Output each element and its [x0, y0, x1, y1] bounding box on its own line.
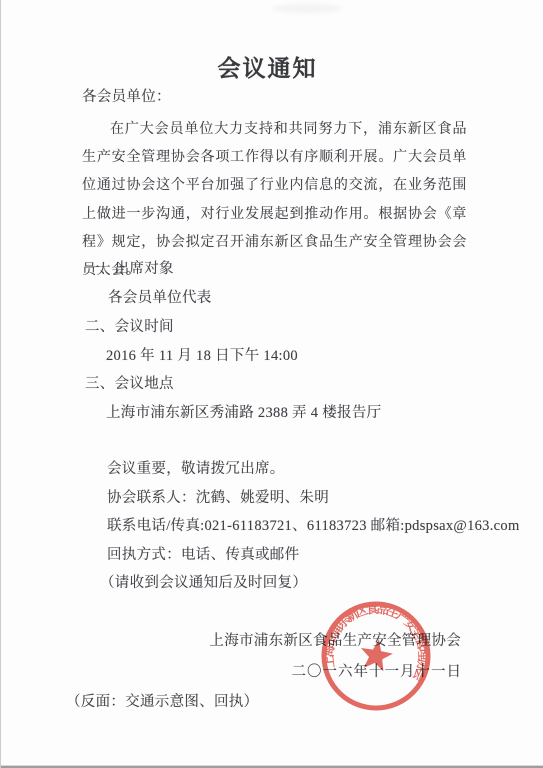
note-reply-method: 回执方式：电话、传真或邮件	[107, 543, 299, 564]
section-3-heading: 三、会议地点	[85, 372, 174, 393]
section-3-content: 上海市浦东新区秀浦路 2388 弄 4 楼报告厅	[106, 401, 381, 422]
seal-star-icon	[358, 636, 395, 672]
seal-arc-text: 上海市浦东新区食品生产安全管理协会	[318, 596, 436, 687]
scanned-meeting-notice-page: 会议通知 各会员单位： 在广大会员单位大力支持和共同努力下，浦东新区食品生产安全…	[0, 0, 543, 768]
note-phone-email: 联系电话/传真:021-61183721、61183723 邮箱:pdspsax…	[107, 514, 520, 535]
section-2-content: 2016 年 11 月 18 日下午 14:00	[106, 344, 298, 365]
official-seal-stamp: 上海市浦东新区食品生产安全管理协会	[316, 596, 436, 716]
salutation: 各会员单位：	[82, 85, 171, 106]
scan-edge-left	[0, 0, 1, 768]
section-1-content: 各会员单位代表	[108, 286, 212, 307]
page-title: 会议通知	[0, 50, 535, 83]
note-reply-reminder: （请收到会议通知后及时回复）	[100, 571, 307, 592]
footer-note: （反面：交通示意图、回执）	[66, 690, 258, 711]
note-importance: 会议重要，敬请拨冗出席。	[107, 457, 285, 478]
note-contacts: 协会联系人：沈鹤、姚爱明、朱明	[107, 486, 329, 507]
svg-text:上海市浦东新区食品生产安全管理协会: 上海市浦东新区食品生产安全管理协会	[318, 596, 436, 687]
section-2-heading: 二、会议时间	[85, 315, 174, 336]
section-1-heading: 一、出席对象	[85, 257, 174, 278]
scan-smudge	[272, 4, 342, 13]
